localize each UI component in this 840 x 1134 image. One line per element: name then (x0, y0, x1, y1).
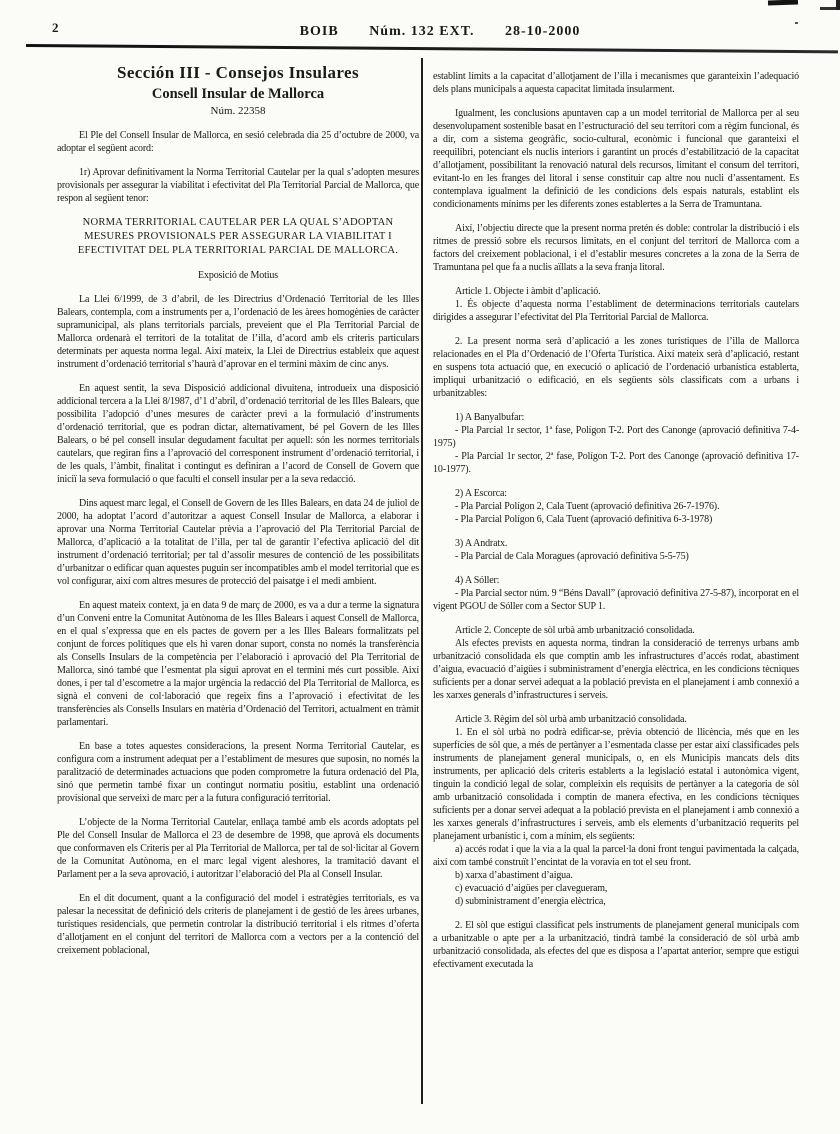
list-item: - Pla Parcial sector núm. 9 “Béns Davall… (433, 587, 799, 613)
article-heading: Article 1. Objecte i àmbit d’aplicació. (433, 285, 799, 298)
paragraph: 2. La present norma serà d’aplicació a l… (433, 335, 799, 400)
section-title: Sección III - Consejos Insulares (57, 66, 419, 79)
organization-title: Consell Insular de Mallorca (57, 88, 419, 101)
sub-item: a) accés rodat i que la via a la qual la… (433, 843, 799, 869)
paragraph: 1. En el sòl urbà no podrà edificar-se, … (433, 726, 799, 843)
paragraph: En aquest sentit, la seva Disposició add… (57, 382, 419, 486)
scan-artifact (768, 0, 798, 6)
list-heading: 4) A Sóller: (433, 574, 799, 587)
list-item: - Pla Parcial Polígon 6, Cala Tuent (apr… (433, 513, 799, 526)
paragraph: En aquest mateix context, ja en data 9 d… (57, 599, 419, 729)
list-item: - Pla Parcial de Cala Moragues (aprovaci… (433, 550, 799, 563)
paragraph: 1. És objecte d’aquesta norma l’establim… (433, 298, 799, 324)
paragraph: L’objecte de la Norma Territorial Cautel… (57, 816, 419, 881)
paragraph: 1r) Aprovar definitivament la Norma Terr… (57, 166, 419, 205)
document-number: Núm. 22358 (57, 105, 419, 118)
sub-item: d) subministrament d’energia elèctrica, (433, 895, 799, 908)
left-column: Sección III - Consejos Insulares Consell… (57, 66, 419, 968)
article-heading: Article 2. Concepte de sòl urbà amb urba… (433, 624, 799, 637)
scan-artifact (795, 22, 798, 24)
paragraph: Dins aquest marc legal, el Consell de Go… (57, 497, 419, 588)
list-heading: 1) A Banyalbufar: (433, 411, 799, 424)
gazette-header: BOIB Núm. 132 EXT. 28-10-2000 (120, 24, 760, 40)
scan-artifact (836, 0, 840, 10)
sub-item: b) xarxa d’abastiment d’aigua. (433, 869, 799, 882)
issue-number: Núm. 132 EXT. (369, 24, 474, 39)
page-number: 2 (52, 20, 59, 36)
paragraph: En base a totes aquestes consideracions,… (57, 740, 419, 805)
list-item: - Pla Parcial Polígon 2, Cala Tuent (apr… (433, 500, 799, 513)
paragraph: Així, l’objectiu directe que la present … (433, 222, 799, 274)
paragraph: En el dit document, quant a la configura… (57, 892, 419, 957)
list-item: - Pla Parcial 1r sector, 1ª fase, Polígo… (433, 424, 799, 450)
paragraph: La Llei 6/1999, de 3 d’abril, de les Dir… (57, 293, 419, 371)
paragraph: Igualment, les conclusions apuntaven cap… (433, 107, 799, 211)
article-heading: Article 3. Règim del sòl urbà amb urbani… (433, 713, 799, 726)
header-rule (26, 44, 838, 53)
paragraph: establint límits a la capacitat d’allotj… (433, 70, 799, 96)
column-divider (421, 58, 423, 1104)
issue-date: 28-10-2000 (505, 24, 580, 39)
paragraph: El Ple del Consell Insular de Mallorca, … (57, 129, 419, 155)
right-column: establint límits a la capacitat d’allotj… (433, 70, 799, 982)
list-heading: 2) A Escorca: (433, 487, 799, 500)
sub-item: c) evacuació d’aigües per clavegueram, (433, 882, 799, 895)
paragraph: Als efectes prevists en aquesta norma, t… (433, 637, 799, 702)
norma-title-block: NORMA TERRITORIAL CAUTELAR PER LA QUAL S… (57, 216, 419, 258)
list-item: - Pla Parcial 1r sector, 2ª fase, Polígo… (433, 450, 799, 476)
list-heading: 3) A Andratx. (433, 537, 799, 550)
journal-title: BOIB (300, 24, 339, 39)
paragraph: 2. El sòl que estigui classificat pels i… (433, 919, 799, 971)
exposicio-heading: Exposició de Motius (57, 269, 419, 282)
